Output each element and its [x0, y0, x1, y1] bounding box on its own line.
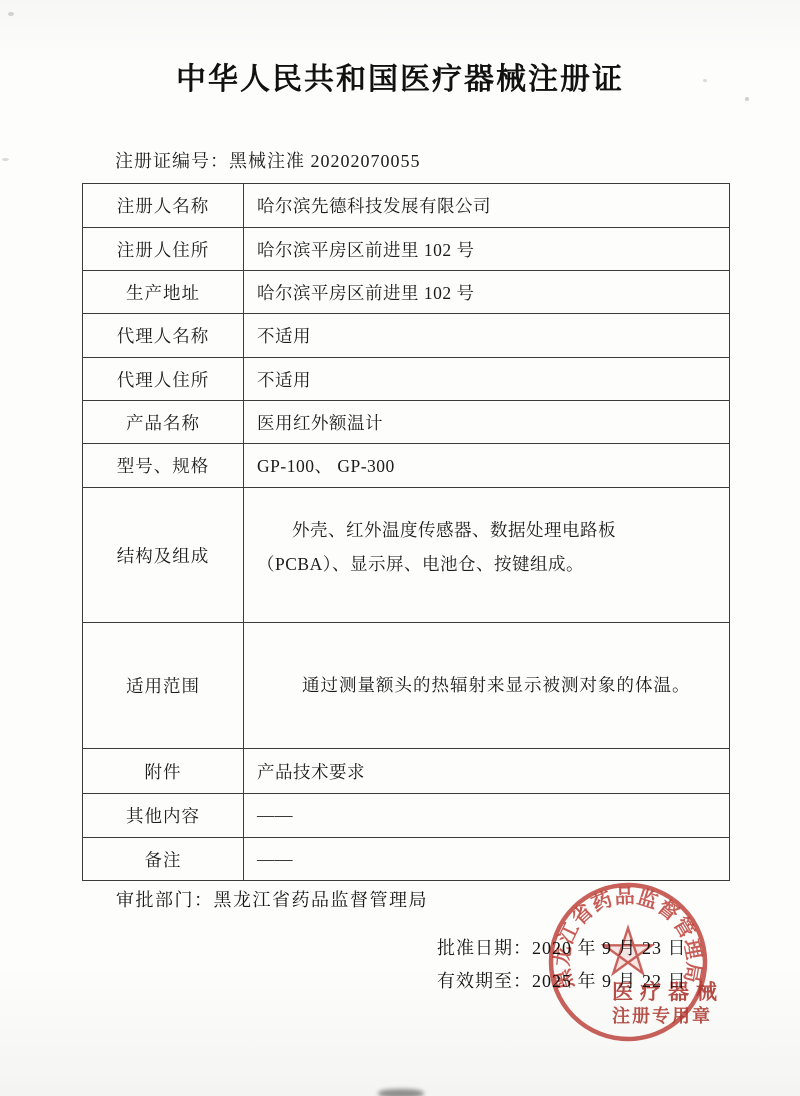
table-row: 适用范围 通过测量额头的热辐射来显示被测对象的体温。: [83, 623, 730, 749]
approval-dept-value: 黑龙江省药品监督管理局: [214, 890, 429, 910]
valid-until-line: 有效期至：2025 年 9 月 22 日: [437, 965, 687, 998]
row-value: GP-100、 GP-300: [244, 444, 730, 488]
certificate-table: 注册人名称 哈尔滨先德科技发展有限公司 注册人住所 哈尔滨平房区前进里 102 …: [82, 183, 730, 881]
valid-until-value: 2025 年 9 月 22 日: [532, 971, 687, 991]
seal-line2: 注册专用章: [612, 1005, 712, 1026]
scope-text: 通过测量额头的热辐射来显示被测对象的体温。: [257, 673, 729, 698]
dates-block: 批准日期：2020 年 9 月 23 日 有效期至：2025 年 9 月 22 …: [437, 932, 687, 998]
registration-number-line: 注册证编号：黑械注准 20202070055: [115, 147, 421, 173]
table-row: 代理人名称 不适用: [83, 314, 730, 358]
row-label: 注册人名称: [83, 184, 244, 228]
table-row: 产品名称 医用红外额温计: [83, 401, 730, 444]
row-label: 附件: [83, 749, 244, 794]
table-row: 生产地址 哈尔滨平房区前进里 102 号: [83, 271, 730, 314]
scan-noise-speck: [745, 97, 749, 101]
row-label: 备注: [83, 838, 244, 881]
scan-noise-speck: [2, 158, 9, 161]
row-label: 结构及组成: [83, 488, 244, 623]
row-value: 哈尔滨平房区前进里 102 号: [244, 271, 730, 314]
row-label: 型号、规格: [83, 444, 244, 488]
row-value: 通过测量额头的热辐射来显示被测对象的体温。: [244, 623, 730, 749]
scan-noise-speck: [703, 79, 707, 82]
structure-text: 外壳、红外温度传感器、数据处理电路板（PCBA）、显示屏、电池仓、按键组成。: [257, 513, 689, 581]
valid-until-label: 有效期至：: [437, 971, 532, 991]
table-row: 附件 产品技术要求: [83, 749, 730, 794]
approval-date-label: 批准日期：: [437, 938, 532, 958]
row-value: 外壳、红外温度传感器、数据处理电路板（PCBA）、显示屏、电池仓、按键组成。: [244, 488, 730, 623]
scan-noise-speck: [8, 12, 14, 16]
row-value: 不适用: [244, 314, 730, 358]
row-value: 产品技术要求: [244, 749, 730, 794]
approval-date-line: 批准日期：2020 年 9 月 23 日: [437, 932, 687, 965]
approval-dept-line: 审批部门：黑龙江省药品监督管理局: [116, 886, 428, 912]
table-row: 注册人住所 哈尔滨平房区前进里 102 号: [83, 228, 730, 271]
row-value: ——: [244, 838, 730, 881]
table-row: 结构及组成 外壳、红外温度传感器、数据处理电路板（PCBA）、显示屏、电池仓、按…: [83, 488, 730, 623]
table-row: 其他内容 ——: [83, 794, 730, 838]
row-label: 适用范围: [83, 623, 244, 749]
table-row: 型号、规格 GP-100、 GP-300: [83, 444, 730, 488]
row-label: 产品名称: [83, 401, 244, 444]
row-value: ——: [244, 794, 730, 838]
row-value: 不适用: [244, 358, 730, 401]
approval-dept-label: 审批部门：: [116, 890, 214, 910]
table-row: 备注 ——: [83, 838, 730, 881]
row-label: 注册人住所: [83, 228, 244, 271]
registration-number-value: 黑械注准 20202070055: [229, 151, 421, 171]
row-label: 代理人住所: [83, 358, 244, 401]
row-label: 代理人名称: [83, 314, 244, 358]
certificate-page: 中华人民共和国医疗器械注册证 注册证编号：黑械注准 20202070055 注册…: [0, 0, 800, 1096]
row-value: 哈尔滨平房区前进里 102 号: [244, 228, 730, 271]
row-value: 哈尔滨先德科技发展有限公司: [244, 184, 730, 228]
approval-date-value: 2020 年 9 月 23 日: [532, 938, 687, 958]
cutoff-footer-mark: [378, 1089, 424, 1096]
page-title: 中华人民共和国医疗器械注册证: [0, 54, 800, 98]
row-label: 生产地址: [83, 271, 244, 314]
registration-number-label: 注册证编号：: [115, 151, 229, 171]
row-value: 医用红外额温计: [244, 401, 730, 444]
table-row: 代理人住所 不适用: [83, 358, 730, 401]
row-label: 其他内容: [83, 794, 244, 838]
table-row: 注册人名称 哈尔滨先德科技发展有限公司: [83, 184, 730, 228]
